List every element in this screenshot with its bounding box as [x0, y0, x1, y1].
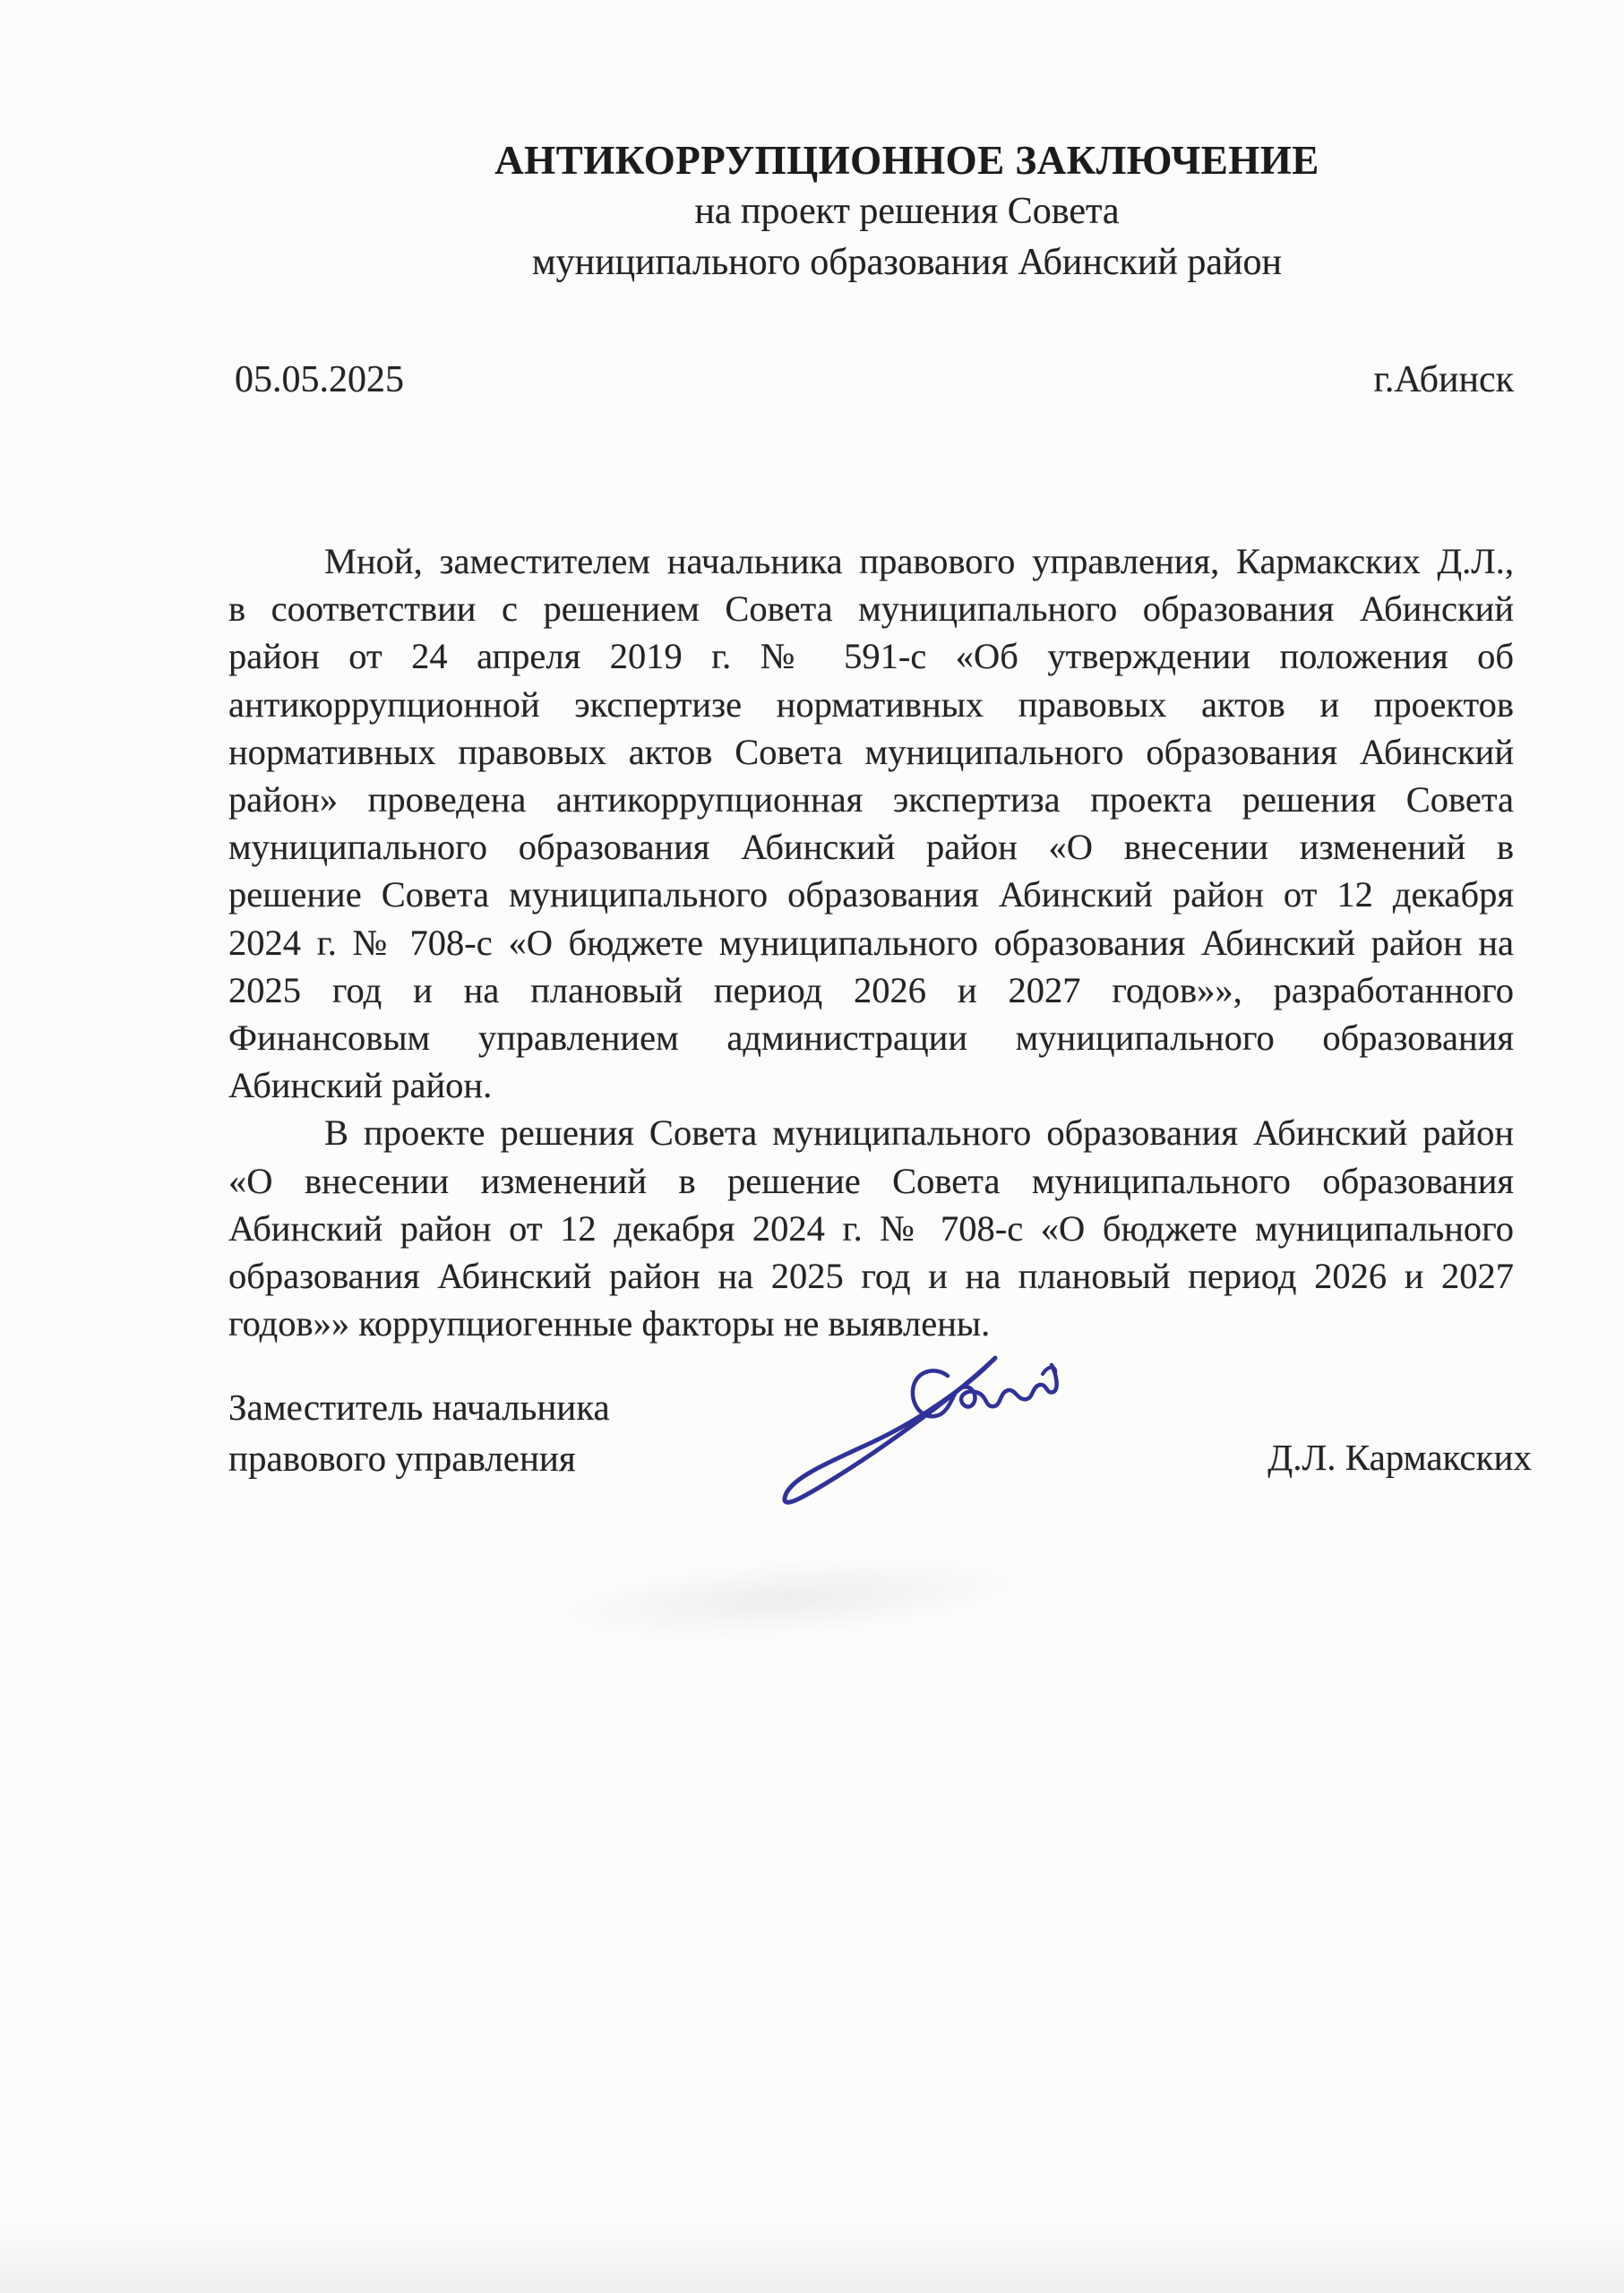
paragraph-line: годов»» коррупциогенные факторы не выявл…	[228, 1300, 1514, 1347]
paragraph-line: Мной, заместителем начальника правового …	[228, 537, 1514, 585]
paragraph-line: Финансовым управлением администрации мун…	[228, 1014, 1514, 1061]
paragraph-line: Абинский район.	[228, 1061, 1514, 1109]
paragraph-line: район» проведена антикоррупционная экспе…	[228, 776, 1514, 823]
paragraph-line: в соответствии с решением Совета муницип…	[228, 585, 1514, 632]
signature-loop-stroke	[785, 1358, 995, 1502]
signer-position-line-1: Заместитель начальника	[228, 1382, 610, 1433]
handwritten-signature-icon	[769, 1344, 1064, 1518]
document-subtitle-line-2: муниципального образования Абинский райо…	[264, 237, 1550, 288]
document-header: АНТИКОРРУПЦИОННОЕ ЗАКЛЮЧЕНИЕ на проект р…	[264, 134, 1550, 288]
document-place: г.Абинск	[1373, 356, 1514, 404]
document-title: АНТИКОРРУПЦИОННОЕ ЗАКЛЮЧЕНИЕ	[264, 134, 1550, 186]
paragraph-line: «О внесении изменений в решение Совета м…	[228, 1157, 1514, 1205]
paragraph-line: район от 24 апреля 2019 г. № 591-с «Об у…	[228, 632, 1514, 680]
paragraph-2: В проекте решения Совета муниципального …	[228, 1109, 1514, 1347]
paragraph-line: муниципального образования Абинский райо…	[228, 823, 1514, 871]
paragraph-line: нормативных правовых актов Совета муници…	[228, 728, 1514, 776]
paragraph-line: антикоррупционной экспертизе нормативных…	[228, 681, 1514, 728]
document-body: Мной, заместителем начальника правового …	[228, 537, 1514, 1347]
paragraph-line: образования Абинский район на 2025 год и…	[228, 1252, 1514, 1300]
paragraph-line: Абинский район от 12 декабря 2024 г. № 7…	[228, 1205, 1514, 1252]
date-place-line: 05.05.2025 г.Абинск	[235, 356, 1514, 404]
scan-smudge	[545, 1543, 1033, 1653]
paragraph-1: Мной, заместителем начальника правового …	[228, 537, 1514, 1109]
document-subtitle-line-1: на проект решения Совета	[264, 186, 1550, 237]
paragraph-line: 2024 г. № 708-с «О бюджете муниципальног…	[228, 919, 1514, 966]
signer-position-line-2: правового управления	[228, 1433, 610, 1484]
paragraph-line: В проекте решения Совета муниципального …	[228, 1109, 1514, 1156]
document-date: 05.05.2025	[235, 356, 404, 404]
signer-position: Заместитель начальника правового управле…	[228, 1382, 610, 1484]
signer-name: Д.Л. Кармакских	[1267, 1432, 1532, 1484]
paragraph-line: 2025 год и на плановый период 2026 и 202…	[228, 966, 1514, 1014]
paragraph-line: решение Совета муниципального образовани…	[228, 871, 1514, 918]
scanned-document-page: АНТИКОРРУПЦИОННОЕ ЗАКЛЮЧЕНИЕ на проект р…	[0, 0, 1624, 2293]
